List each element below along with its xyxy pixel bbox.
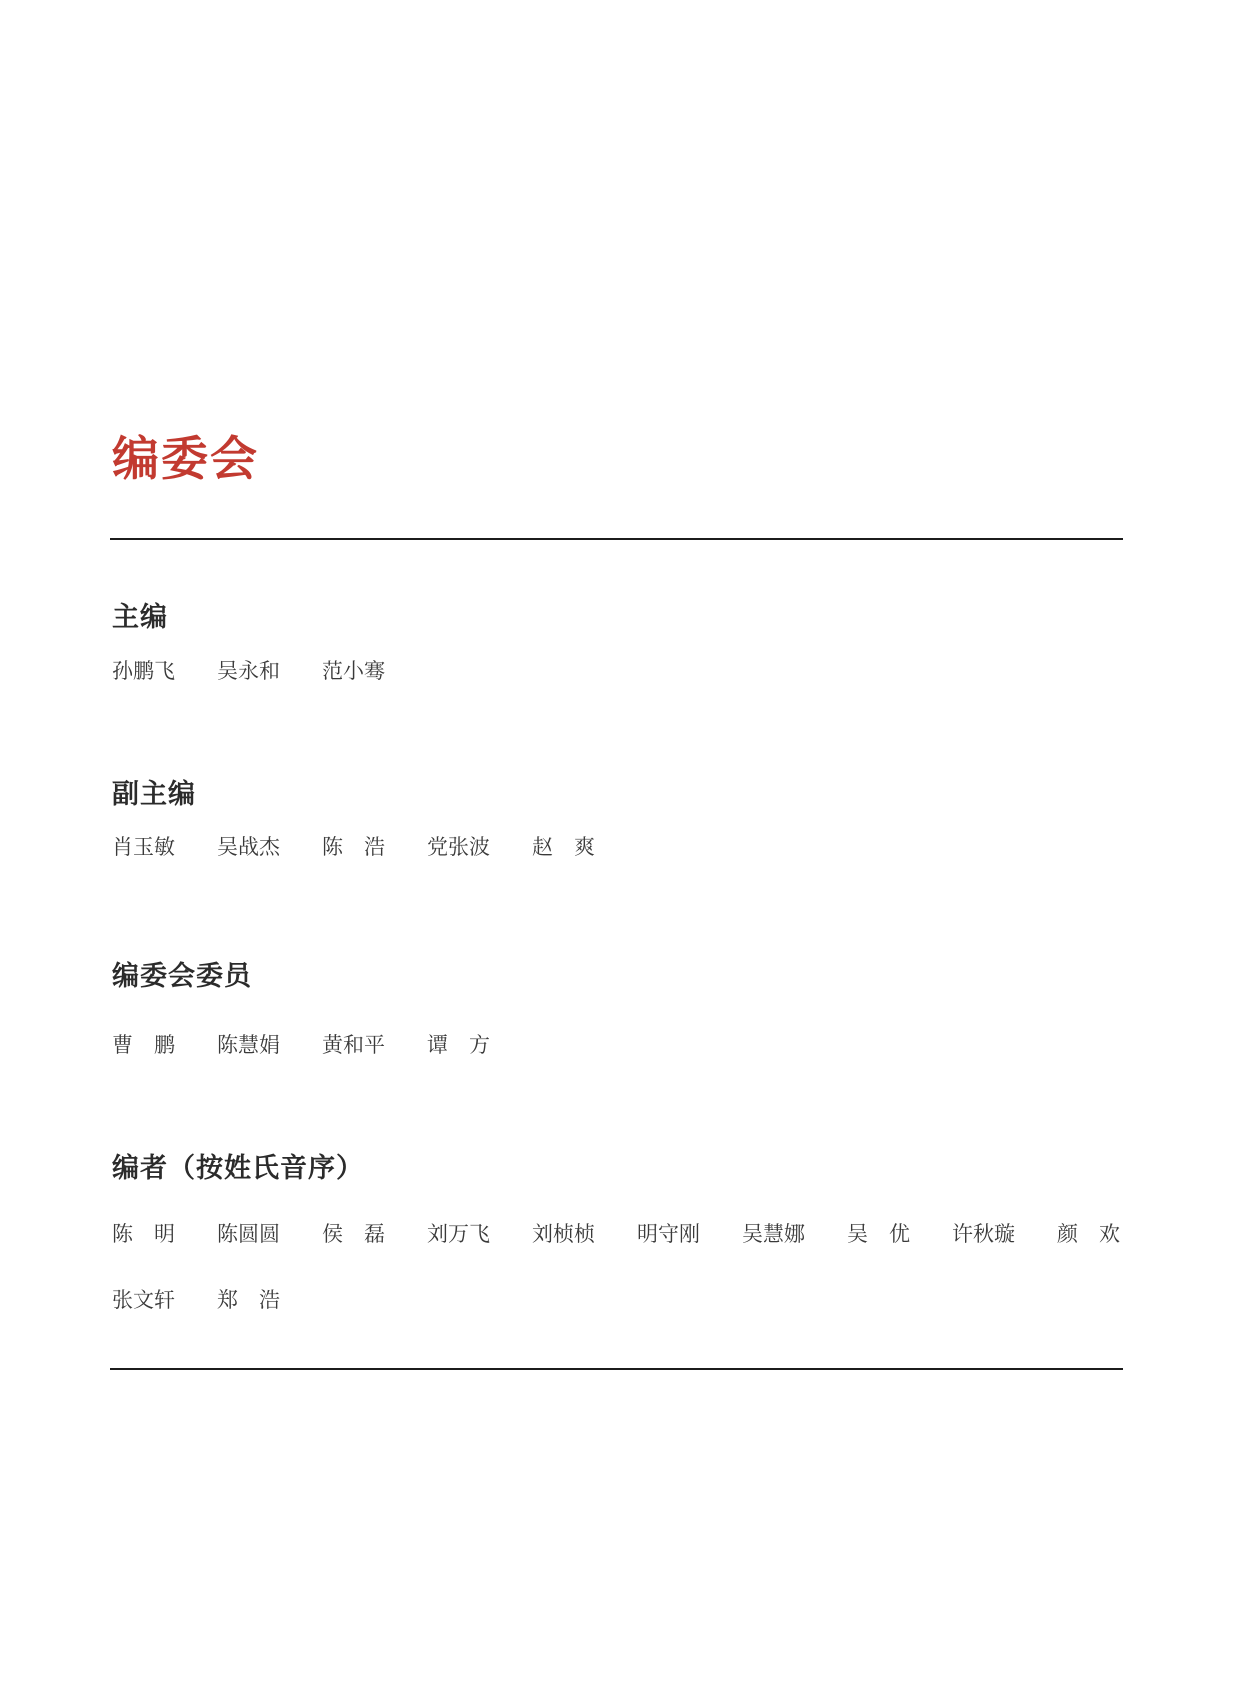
person-name: 孙鹏飞 xyxy=(112,658,175,685)
person-name: 许秋璇 xyxy=(952,1221,1015,1248)
person-name: 明守刚 xyxy=(637,1221,700,1248)
person-name: 陈 明 xyxy=(112,1221,175,1248)
person-name: 刘桢桢 xyxy=(532,1221,595,1248)
person-name: 张文轩 xyxy=(112,1287,175,1314)
bottom-divider xyxy=(110,1368,1123,1370)
person-name: 陈圆圆 xyxy=(217,1221,280,1248)
person-name: 陈慧娟 xyxy=(217,1032,280,1059)
section-heading-chief-editors: 主编 xyxy=(112,601,168,633)
person-name: 吴永和 xyxy=(217,658,280,685)
person-name: 范小骞 xyxy=(322,658,385,685)
page-title: 编委会 xyxy=(112,432,259,486)
editorial-board-page: 编委会 主编 孙鹏飞 吴永和 范小骞 副主编 肖玉敏 吴战杰 陈 浩 党张波 赵… xyxy=(0,0,1240,1683)
name-row-deputy-editors: 肖玉敏 吴战杰 陈 浩 党张波 赵 爽 xyxy=(112,834,595,861)
section-heading-editors: 编者（按姓氏音序） xyxy=(112,1152,364,1184)
person-name: 肖玉敏 xyxy=(112,834,175,861)
section-heading-board-members: 编委会委员 xyxy=(112,960,252,992)
person-name: 刘万飞 xyxy=(427,1221,490,1248)
person-name: 吴 优 xyxy=(847,1221,910,1248)
person-name: 郑 浩 xyxy=(217,1287,280,1314)
person-name: 黄和平 xyxy=(322,1032,385,1059)
person-name: 谭 方 xyxy=(427,1032,490,1059)
person-name: 曹 鹏 xyxy=(112,1032,175,1059)
person-name: 吴战杰 xyxy=(217,834,280,861)
name-row-editors-2: 张文轩 郑 浩 xyxy=(112,1287,280,1314)
person-name: 颜 欢 xyxy=(1057,1221,1120,1248)
person-name: 党张波 xyxy=(427,834,490,861)
person-name: 陈 浩 xyxy=(322,834,385,861)
person-name: 赵 爽 xyxy=(532,834,595,861)
name-row-board-members: 曹 鹏 陈慧娟 黄和平 谭 方 xyxy=(112,1032,490,1059)
name-row-editors-1: 陈 明 陈圆圆 侯 磊 刘万飞 刘桢桢 明守刚 吴慧娜 吴 优 许秋璇 颜 欢 xyxy=(112,1221,1120,1248)
person-name: 吴慧娜 xyxy=(742,1221,805,1248)
top-divider xyxy=(110,538,1123,540)
name-row-chief-editors: 孙鹏飞 吴永和 范小骞 xyxy=(112,658,385,685)
section-heading-deputy-editors: 副主编 xyxy=(112,778,196,810)
person-name: 侯 磊 xyxy=(322,1221,385,1248)
